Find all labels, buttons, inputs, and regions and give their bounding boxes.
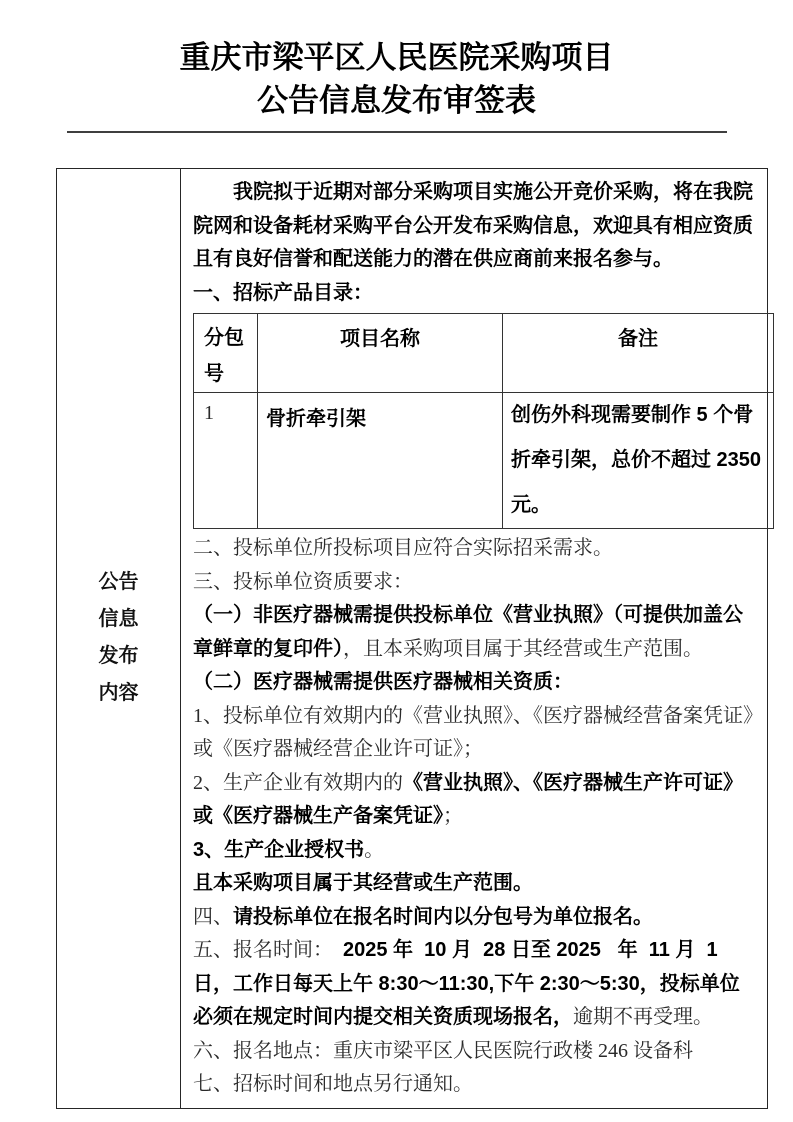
cell-remark: 创伤外科现需要制作 5 个骨折牵引架，总价不超过 2350 元。 (503, 393, 774, 529)
row-label-line: 内容 (99, 675, 139, 712)
document-title: 重庆市梁平区人民医院采购项目 公告信息发布审签表 (0, 36, 793, 122)
para-registration-time: 五、报名时间： 2025 年 10 月 28 日至 2025 年 11 月 1 … (193, 934, 757, 1035)
para-qualification-heading: 三、投标单位资质要求： (193, 566, 757, 600)
header-project-name: 项目名称 (258, 314, 503, 393)
document-page: 重庆市梁平区人民医院采购项目 公告信息发布审签表 公告 信息 发布 内容 我院拟… (0, 36, 793, 133)
para-non-medical-device: （一）非医疗器械需提供投标单位《营业执照》（可提供加盖公章鲜章的复印件），且本采… (193, 599, 757, 666)
para-actual-demand: 二、投标单位所投标项目应符合实际招采需求。 (193, 532, 757, 566)
document-title-line1: 重庆市梁平区人民医院采购项目 (0, 36, 793, 79)
document-title-line2: 公告信息发布审签表 (0, 79, 793, 122)
row-label-line: 信息 (99, 601, 139, 638)
row-label-line: 公告 (99, 564, 139, 601)
announcement-content-cell: 我院拟于近期对部分采购项目实施公开竞价采购，将在我院院网和设备耗材采购平台公开发… (181, 169, 767, 1108)
para-manufacturer-licenses: 2、生产企业有效期内的《营业执照》、《医疗器械生产许可证》或《医疗器械生产备案凭… (193, 767, 757, 834)
row-label-cell: 公告 信息 发布 内容 (57, 169, 181, 1108)
product-table: 分包号 项目名称 备注 1 骨折牵引架 创伤外科现需要制作 5 个骨折牵引架，总… (193, 313, 774, 529)
row-label-line: 发布 (99, 638, 139, 675)
catalog-heading: 一、招标产品目录： (193, 277, 757, 311)
para-bid-notice: 七、招标时间和地点另行通知。 (193, 1068, 757, 1102)
intro-paragraph: 我院拟于近期对部分采购项目实施公开竞价采购，将在我院院网和设备耗材采购平台公开发… (193, 176, 757, 277)
title-divider (67, 131, 727, 133)
product-table-header-row: 分包号 项目名称 备注 (194, 314, 774, 393)
para-medical-device-heading: （二）医疗器械需提供医疗器械相关资质： (193, 666, 757, 700)
header-remark: 备注 (503, 314, 774, 393)
para-register-by-package: 四、请投标单位在报名时间内以分包号为单位报名。 (193, 901, 757, 935)
para-registration-place: 六、报名地点：重庆市梁平区人民医院行政楼 246 设备科 (193, 1035, 757, 1069)
para-manufacturer-authorization: 3、生产企业授权书。 (193, 834, 757, 868)
approval-form-table: 公告 信息 发布 内容 我院拟于近期对部分采购项目实施公开竞价采购，将在我院院网… (56, 168, 768, 1109)
cell-project-name: 骨折牵引架 (258, 393, 503, 529)
para-bidder-licenses: 1、投标单位有效期内的《营业执照》、《医疗器械经营备案凭证》或《医疗器械经营企业… (193, 700, 757, 767)
para-business-scope: 且本采购项目属于其经营或生产范围。 (193, 867, 757, 901)
header-package-no: 分包号 (194, 314, 258, 393)
cell-package-no: 1 (194, 393, 258, 529)
product-table-row: 1 骨折牵引架 创伤外科现需要制作 5 个骨折牵引架，总价不超过 2350 元。 (194, 393, 774, 529)
